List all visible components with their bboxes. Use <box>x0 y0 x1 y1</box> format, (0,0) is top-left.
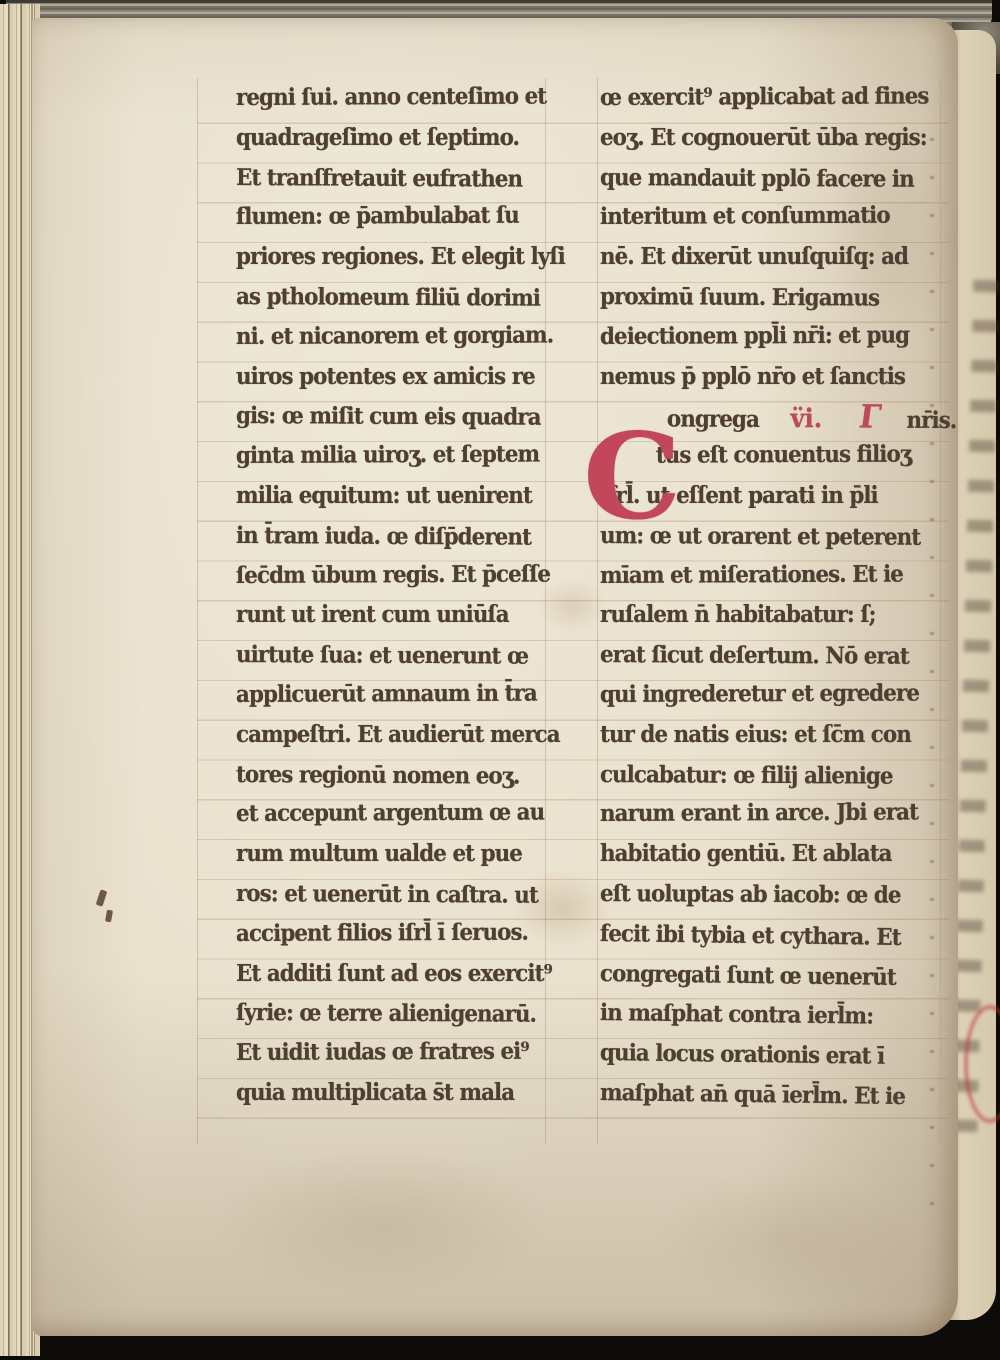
text-line: deiectionem ppl̄i nr̄i: et pug <box>600 315 935 356</box>
ink-speck <box>96 889 108 906</box>
text-line: tur de natis eius: et ſc̄m con <box>600 715 935 755</box>
text-line: Et uidit iudas œ fratres ei⁹ <box>236 1032 552 1073</box>
parchment-stain <box>212 1148 552 1298</box>
ruling-vertical-left-margin <box>197 78 198 1144</box>
text-line: milia equitum: ut uenirent <box>236 476 552 516</box>
paraph-mark: Γ <box>857 398 884 438</box>
text-line: nemus p̄ pplō nr̄o et ſanctis <box>600 357 935 397</box>
text-line: tores regionū nomen eoʒ. <box>236 755 552 797</box>
text-line: ruſalem n̄ habitabatur: ſ; <box>600 595 935 635</box>
text-line: quia multiplicata s̄t mala <box>236 1073 552 1113</box>
text-line: Et tranſfretauit eufrathen <box>236 158 552 200</box>
text-line: narum erant in arce. Jbi erat <box>600 793 935 834</box>
text-line: Et additi ſunt ad eos exercit⁹ <box>236 954 552 994</box>
text-line: runt ut irent cum uniūſa <box>236 595 552 635</box>
rubricated-initial-C: C <box>583 418 682 536</box>
manuscript-page: regni ſui. anno centeſimo etquadrageſimo… <box>32 18 958 1336</box>
text-line: congregati ſunt œ uenerūt <box>600 954 935 998</box>
text-line: interitum et conſummatio <box>600 196 935 237</box>
text-line: accipent filios iſrl̄ ī ſeruos. <box>236 912 552 953</box>
text-line: flumen: œ p̄ambulabat ſu <box>236 196 552 237</box>
text-line: que mandauit pplō facere in <box>600 158 935 200</box>
text-line: gis: œ miſit cum eis quadra <box>236 396 552 438</box>
text-line: ni. et nicanorem et gorgiam. <box>236 315 552 356</box>
page-edge-line <box>8 4 10 1356</box>
line-end-text: nr̄is. <box>906 407 956 434</box>
text-line: regni ſui. anno centeſimo et <box>236 77 552 118</box>
text-line: maſphat an̄ quā īerl̄m. Et ie <box>600 1073 935 1117</box>
page-edge-line <box>20 4 22 1356</box>
text-line: as ptholomeum filiū dorimi <box>236 277 552 319</box>
text-line: quadrageſimo et ſeptimo. <box>236 118 552 158</box>
ink-speck <box>105 910 113 923</box>
chapter-number: v̈i. <box>790 404 822 434</box>
text-line: in t̄ram iuda. œ diſp̄derent <box>236 516 552 558</box>
text-line: ros: et uenerūt in caſtra. ut <box>236 874 552 916</box>
text-line: ginta milia uiroʒ. et ſeptem <box>236 435 552 476</box>
text-line: eſt uoluptas ab iacob: œ de <box>600 874 935 916</box>
text-line: œ exercit⁹ applicabat ad fines <box>600 76 935 117</box>
text-line: habitatio gentiū. Et ablata <box>600 834 935 874</box>
parchment-stain <box>652 1168 912 1308</box>
text-line: priores regiones. Et elegit lyſi <box>236 237 552 277</box>
text-line: in maſphat contra ierl̄m: <box>600 993 935 1037</box>
text-line: et accepunt argentum œ au <box>236 793 552 834</box>
text-line: erat ſicut deſertum. Nō erat <box>600 635 935 677</box>
text-column-left: regni ſui. anno centeſimo etquadrageſimo… <box>236 78 552 1113</box>
text-line: nē. Et dixerūt unuſquiſq: ad <box>600 237 935 277</box>
text-column-right: œ exercit⁹ applicabat ad fineseoʒ. Et co… <box>600 78 935 1113</box>
text-line: ſec̄dm ūbum regis. Et p̄ceſſe <box>236 554 552 595</box>
text-line: campeſtri. Et audierūt merca <box>236 715 552 755</box>
text-line: applicuerūt amnaum in t̄ra <box>236 673 552 714</box>
text-line: uirtute ſua: et uenerunt œ <box>236 635 552 677</box>
text-line: culcabatur: œ filij alienige <box>600 755 935 797</box>
text-line: mīam et miſerationes. Et ie <box>600 554 935 595</box>
text-line: qui ingrederetur et egredere <box>600 673 935 714</box>
text-line: proximū ſuum. Erigamus <box>600 277 935 319</box>
text-line: quia locus orationis erat ī <box>600 1033 935 1077</box>
text-line: eoʒ. Et cognouerūt ūba regis: <box>600 118 935 158</box>
manuscript-photo: regni ſui. anno centeſimo etquadrageſimo… <box>0 0 1000 1360</box>
text-line: rum multum ualde et pue <box>236 834 552 874</box>
text-line: ſyrie: œ terre alienigenarū. <box>236 993 552 1035</box>
text-line: uiros potentes ex amicis re <box>236 357 552 397</box>
text-line: fecit ibi tybia et cythara. Et <box>600 914 935 958</box>
